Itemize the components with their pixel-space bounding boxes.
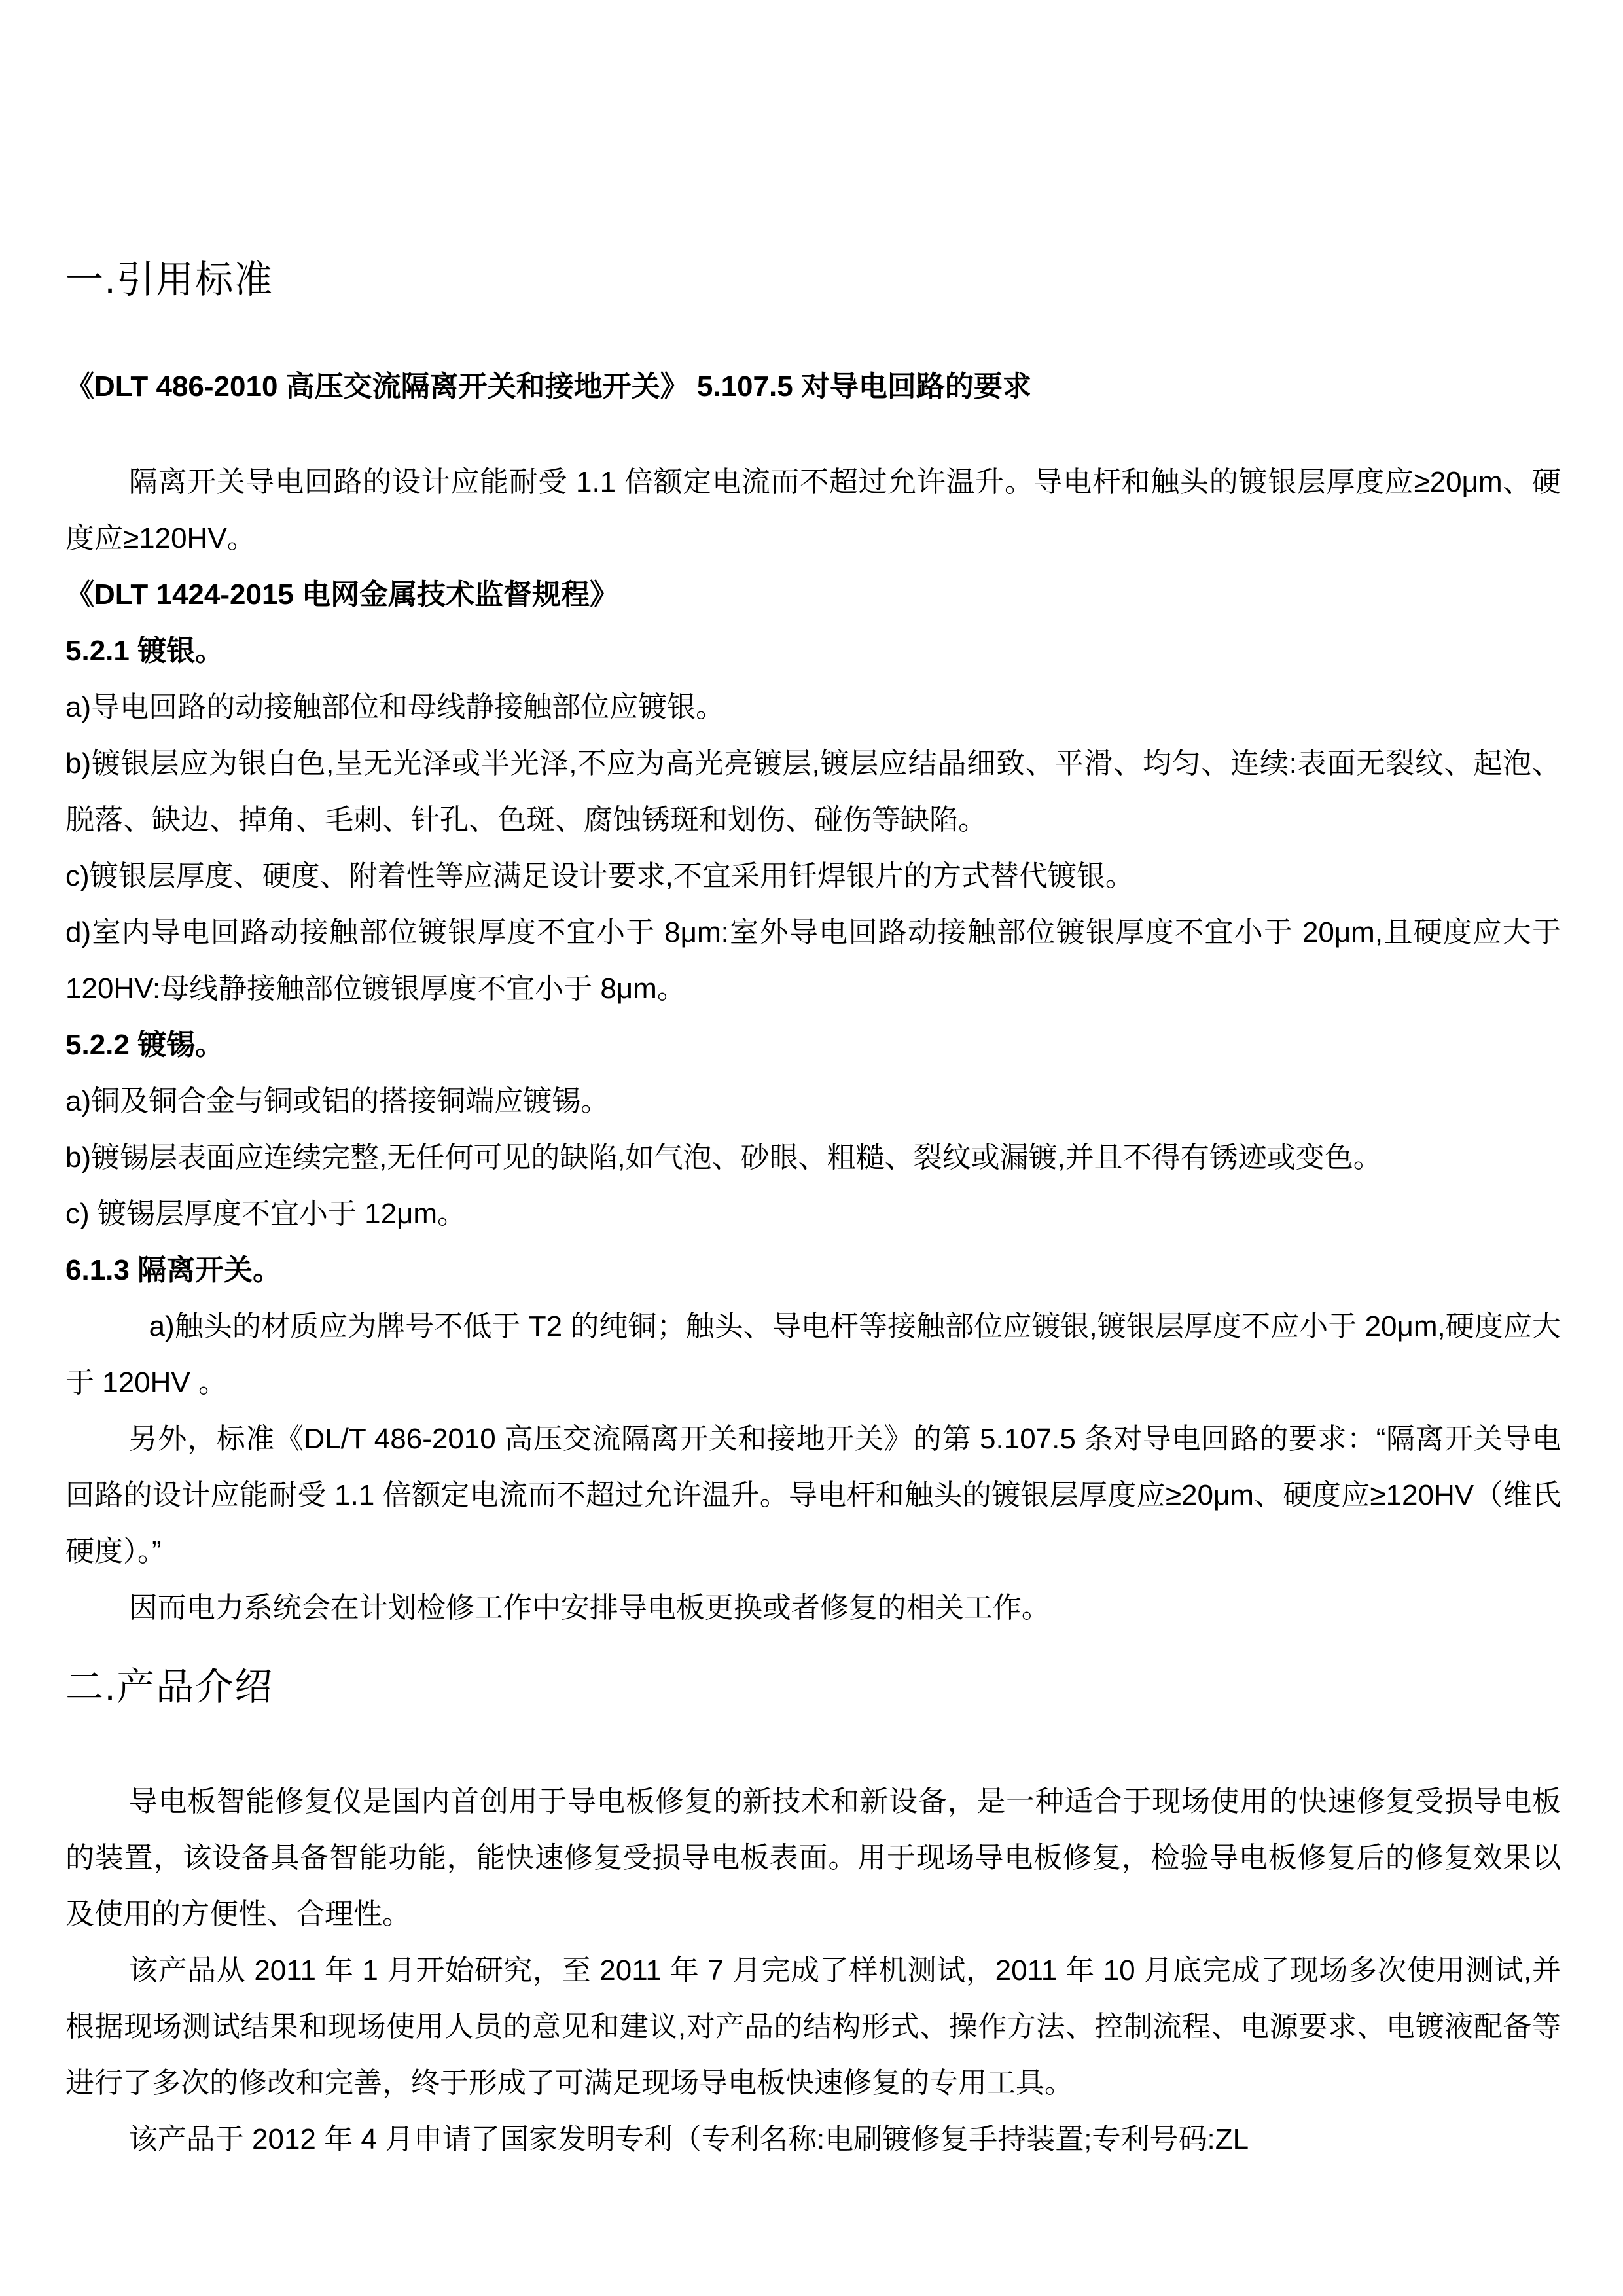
bold-subheading: 《DLT 1424-2015 电网金属技术监督规程》 — [65, 567, 1561, 623]
paragraph: c)镀银层厚度、硬度、附着性等应满足设计要求,不宜采用钎焊银片的方式替代镀银。 — [65, 848, 1561, 905]
bold-subheading: 5.2.1 镀银。 — [65, 623, 1561, 679]
bold-subheading: 5.2.2 镀锡。 — [65, 1017, 1561, 1073]
paragraph: b)镀锡层表面应连续完整,无任何可见的缺陷,如气泡、砂眼、粗糙、裂纹或漏镀,并且… — [65, 1130, 1561, 1186]
paragraph: 导电板智能修复仪是国内首创用于导电板修复的新技术和新设备，是一种适合于现场使用的… — [65, 1774, 1561, 1943]
section-title: 二.产品介绍 — [65, 1664, 1561, 1711]
bold-subheading: 6.1.3 隔离开关。 — [65, 1242, 1561, 1299]
paragraph: 另外，标准《DL/T 486-2010 高压交流隔离开关和接地开关》的第 5.1… — [65, 1411, 1561, 1580]
paragraph: b)镀银层应为银白色,呈无光泽或半光泽,不应为高光亮镀层,镀层应结晶细致、平滑、… — [65, 736, 1561, 848]
paragraph: d)室内导电回路动接触部位镀银厚度不宜小于 8μm:室外导电回路动接触部位镀银厚… — [65, 905, 1561, 1017]
document-page: 一.引用标准《DLT 486-2010 高压交流隔离开关和接地开关》 5.107… — [0, 0, 1623, 2296]
section-title: 一.引用标准 — [65, 257, 1561, 304]
paragraph: c) 镀锡层厚度不宜小于 12μm。 — [65, 1186, 1561, 1242]
paragraph: a)导电回路的动接触部位和母线静接触部位应镀银。 — [65, 679, 1561, 736]
paragraph: 因而电力系统会在计划检修工作中安排导电板更换或者修复的相关工作。 — [65, 1580, 1561, 1636]
paragraph: 该产品于 2012 年 4 月申请了国家发明专利（专利名称:电刷镀修复手持装置;… — [65, 2111, 1561, 2168]
paragraph: 隔离开关导电回路的设计应能耐受 1.1 倍额定电流而不超过允许温升。导电杆和触头… — [65, 454, 1561, 567]
paragraph: 该产品从 2011 年 1 月开始研究，至 2011 年 7 月完成了样机测试，… — [65, 1943, 1561, 2111]
paragraph: a)触头的材质应为牌号不低于 T2 的纯铜；触头、导电杆等接触部位应镀银,镀银层… — [65, 1299, 1561, 1411]
paragraph: a)铜及铜合金与铜或铝的搭接铜端应镀锡。 — [65, 1073, 1561, 1130]
clause-heading: 《DLT 486-2010 高压交流隔离开关和接地开关》 5.107.5 对导电… — [65, 367, 1561, 407]
